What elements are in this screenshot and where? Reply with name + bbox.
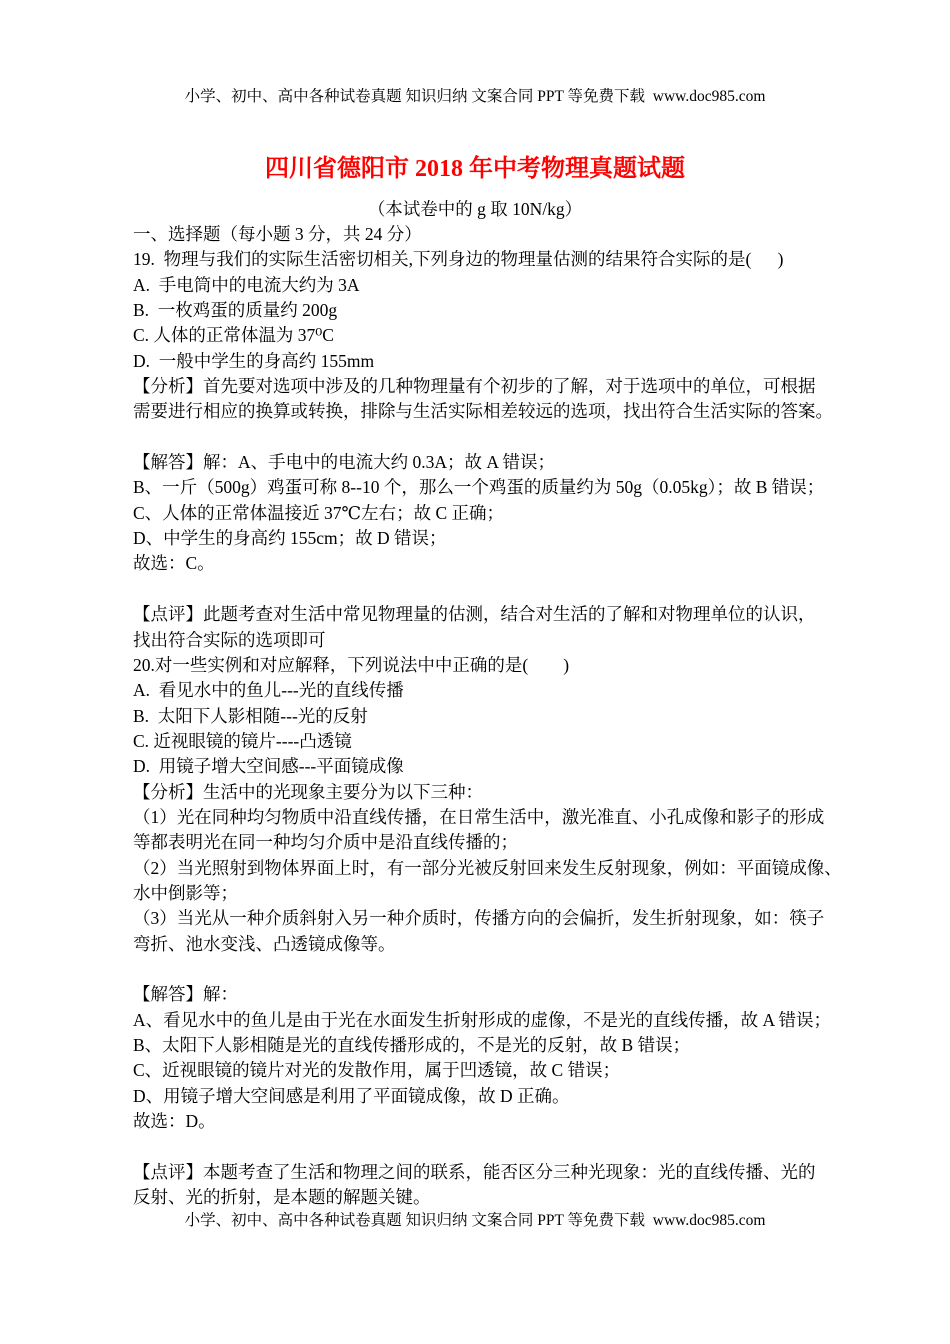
body-line: 【分析】生活中的光现象主要分为以下三种：: [133, 780, 833, 805]
body-line: C、近视眼镜的镜片对光的发散作用，属于凹透镜，故 C 错误；: [133, 1058, 833, 1083]
body-line: [133, 577, 833, 602]
body-line: 找出符合实际的选项即可: [133, 628, 833, 653]
doc-body: 一、选择题（每小题 3 分，共 24 分）19. 物理与我们的实际生活密切相关,…: [133, 222, 833, 1210]
body-line: A. 手电筒中的电流大约为 3A: [133, 273, 833, 298]
body-line: 【点评】此题考查对生活中常见物理量的估测，结合对生活的了解和对物理单位的认识，: [133, 602, 833, 627]
body-line: 20.对一些实例和对应解释，下列说法中中正确的是( ): [133, 653, 833, 678]
body-line: B. 太阳下人影相随---光的反射: [133, 704, 833, 729]
footer-promo-text: 小学、初中、高中各种试卷真题 知识归纳 文案合同 PPT 等免费下载 www.d…: [0, 1210, 950, 1232]
body-line: 等都表明光在同一种均匀介质中是沿直线传播的；: [133, 830, 833, 855]
header-promo-text: 小学、初中、高中各种试卷真题 知识归纳 文案合同 PPT 等免费下载 www.d…: [0, 86, 950, 108]
body-line: A. 看见水中的鱼儿---光的直线传播: [133, 678, 833, 703]
body-line: [133, 957, 833, 982]
body-line: C. 人体的正常体温为 37⁰C: [133, 323, 833, 348]
body-line: A、看见水中的鱼儿是由于光在水面发生折射形成的虚像，不是光的直线传播，故 A 错…: [133, 1008, 833, 1033]
page-title: 四川省德阳市 2018 年中考物理真题试题: [0, 152, 950, 186]
body-line: （3）当光从一种介质斜射入另一种介质时，传播方向的会偏折，发生折射现象，如：筷子: [133, 906, 833, 931]
body-line: 故选：D。: [133, 1109, 833, 1134]
body-line: 水中倒影等；: [133, 881, 833, 906]
doc-subtitle: （本试卷中的 g 取 10N/kg）: [0, 196, 950, 222]
body-line: D. 一般中学生的身高约 155mm: [133, 349, 833, 374]
body-line: 故选：C。: [133, 551, 833, 576]
body-line: D、中学生的身高约 155cm；故 D 错误；: [133, 526, 833, 551]
body-line: [133, 425, 833, 450]
body-line: 【分析】首先要对选项中涉及的几种物理量有个初步的了解，对于选项中的单位，可根据: [133, 374, 833, 399]
body-line: 【解答】解：: [133, 982, 833, 1007]
body-line: 【点评】本题考查了生活和物理之间的联系，能否区分三种光现象：光的直线传播、光的: [133, 1160, 833, 1185]
body-line: C. 近视眼镜的镜片----凸透镜: [133, 729, 833, 754]
body-line: C、人体的正常体温接近 37℃左右；故 C 正确；: [133, 501, 833, 526]
body-line: 一、选择题（每小题 3 分，共 24 分）: [133, 222, 833, 247]
body-line: [133, 1134, 833, 1159]
body-line: B、太阳下人影相随是光的直线传播形成的，不是光的反射，故 B 错误；: [133, 1033, 833, 1058]
body-line: 19. 物理与我们的实际生活密切相关,下列身边的物理量估测的结果符合实际的是( …: [133, 247, 833, 272]
body-line: 弯折、池水变浅、凸透镜成像等。: [133, 932, 833, 957]
body-line: D. 用镜子增大空间感---平面镜成像: [133, 754, 833, 779]
body-line: 【解答】解：A、手电中的电流大约 0.3A；故 A 错误；: [133, 450, 833, 475]
body-line: B. 一枚鸡蛋的质量约 200g: [133, 298, 833, 323]
body-line: 需要进行相应的换算或转换，排除与生活实际相差较远的选项，找出符合生活实际的答案。: [133, 399, 833, 424]
document-page: 小学、初中、高中各种试卷真题 知识归纳 文案合同 PPT 等免费下载 www.d…: [0, 0, 950, 1344]
body-line: D、用镜子增大空间感是利用了平面镜成像，故 D 正确。: [133, 1084, 833, 1109]
body-line: 反射、光的折射，是本题的解题关键。: [133, 1185, 833, 1210]
body-line: （2）当光照射到物体界面上时，有一部分光被反射回来发生反射现象，例如：平面镜成像…: [133, 856, 833, 881]
body-line: B、一斤（500g）鸡蛋可称 8--10 个，那么一个鸡蛋的质量约为 50g（0…: [133, 475, 833, 500]
body-line: （1）光在同种均匀物质中沿直线传播，在日常生活中，激光准直、小孔成像和影子的形成: [133, 805, 833, 830]
